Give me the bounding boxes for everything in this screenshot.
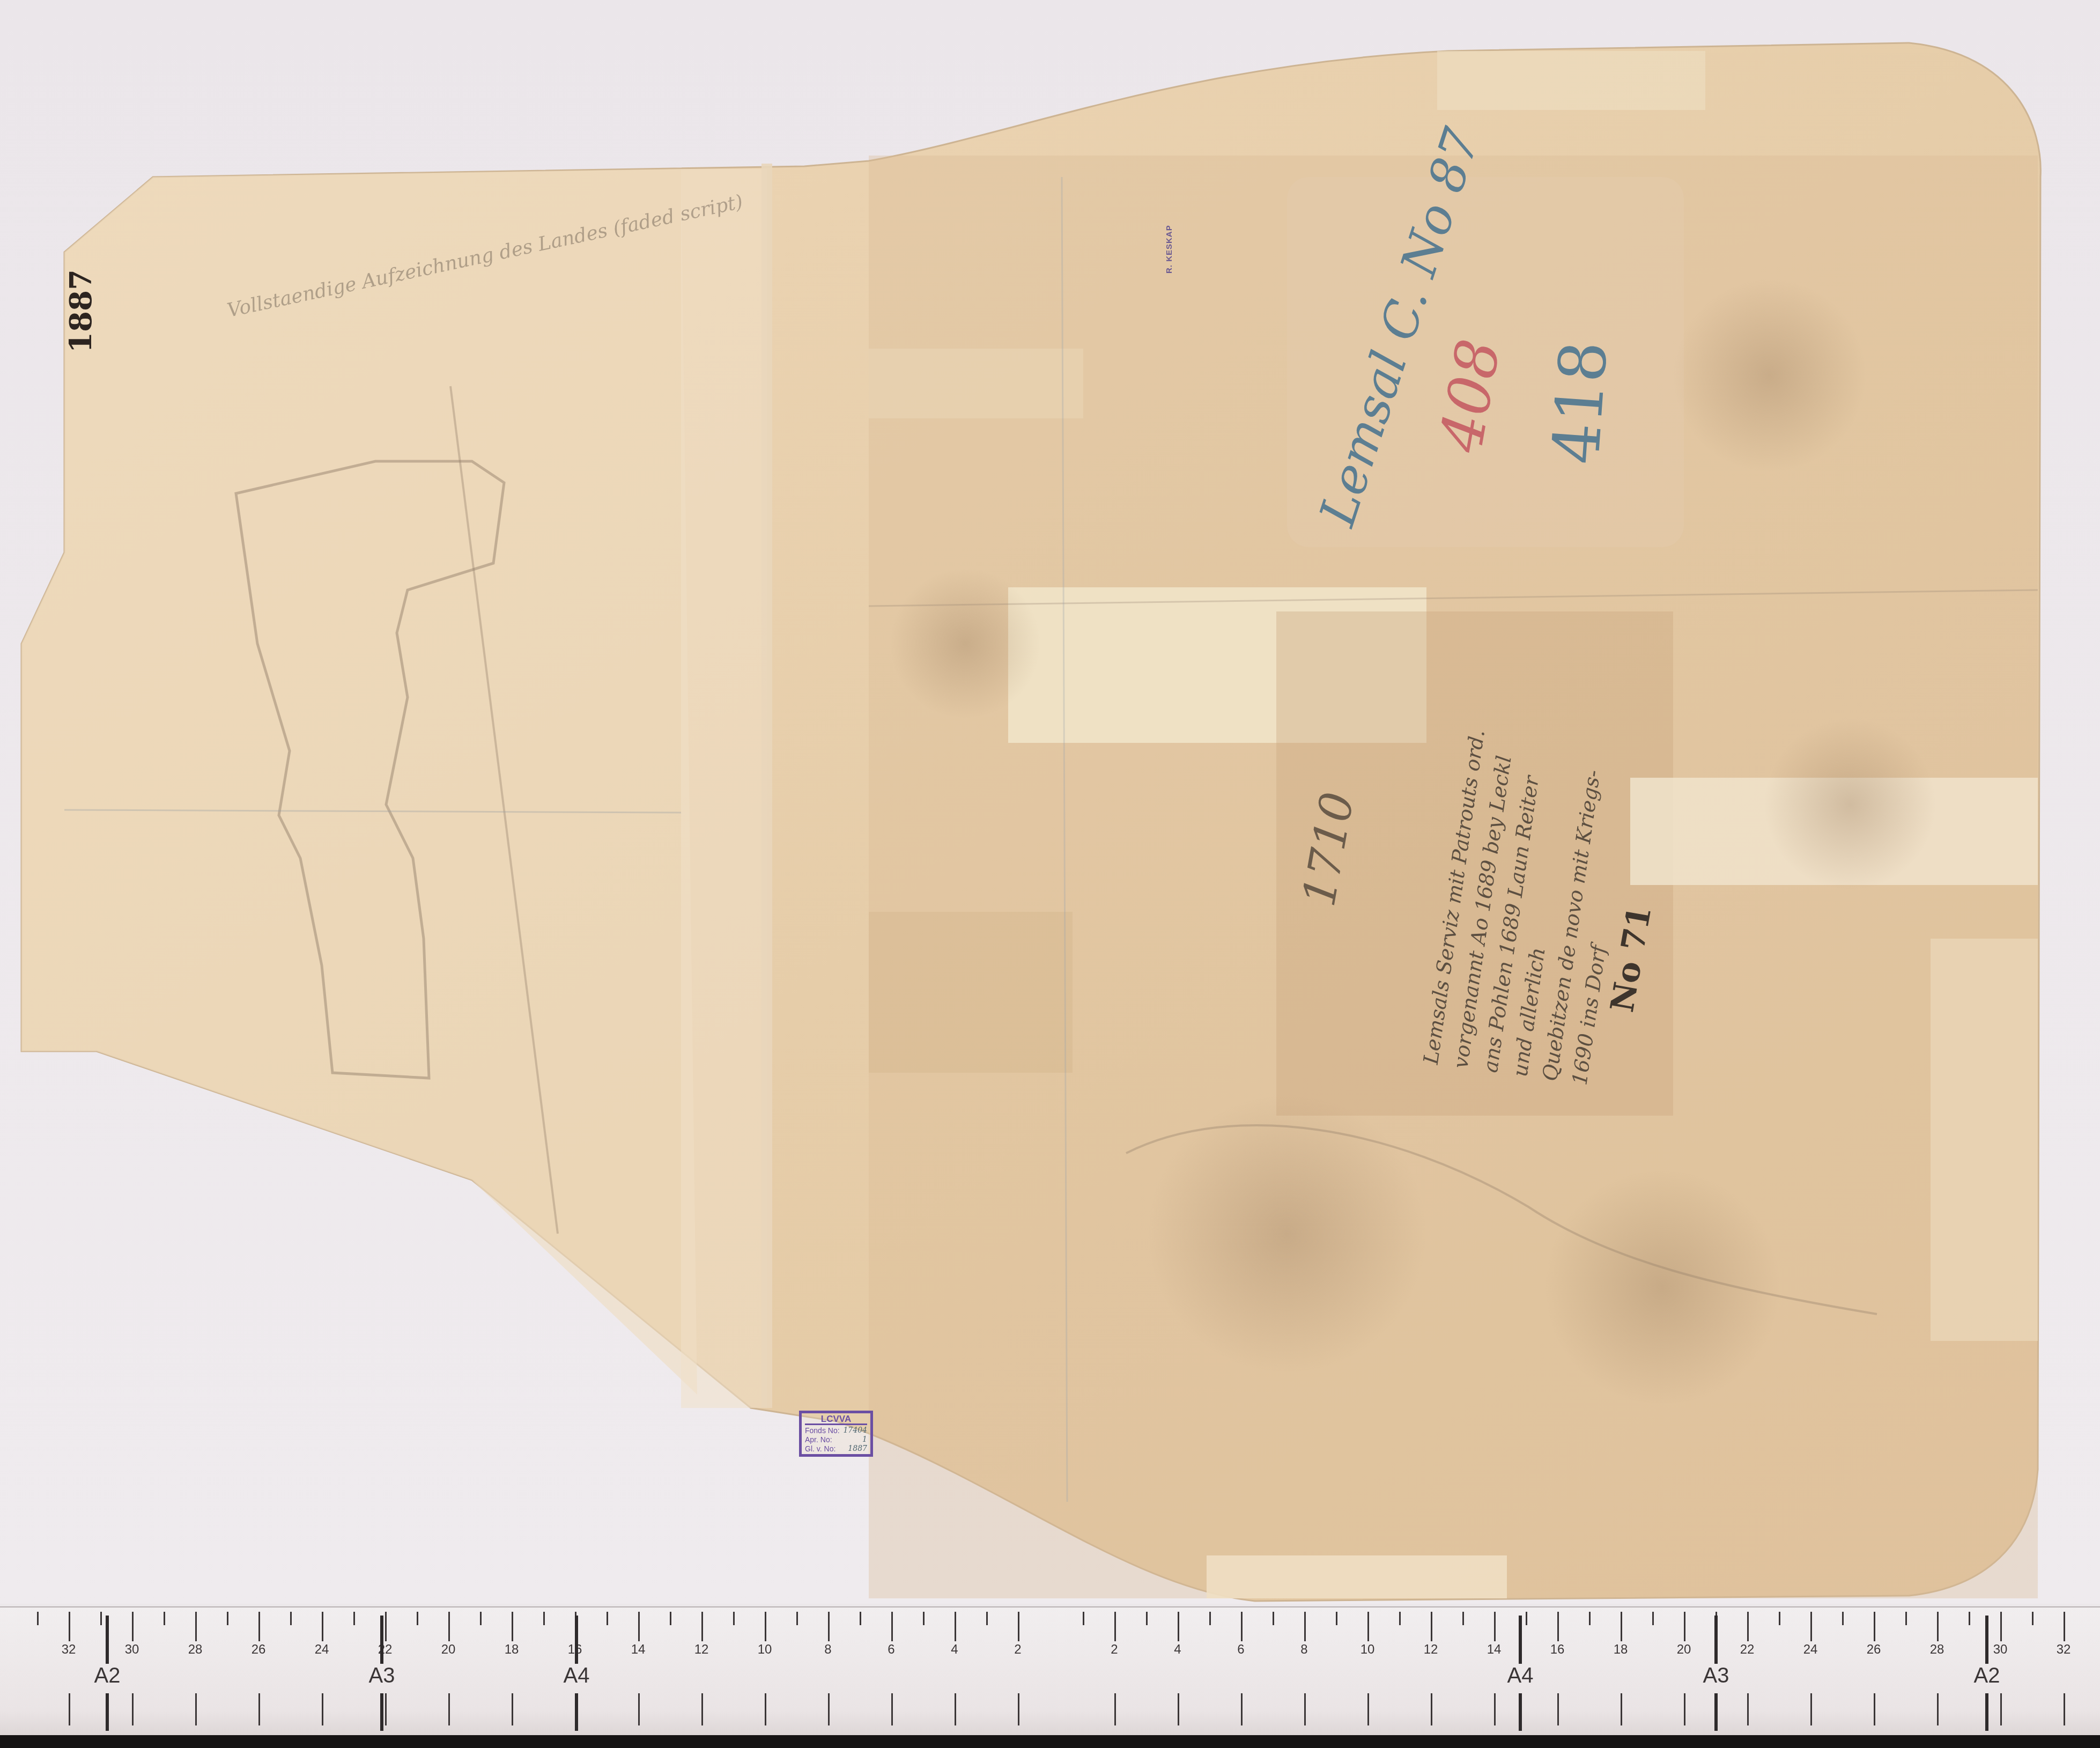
ruler-tick	[1684, 1612, 1685, 1641]
ruler-tick	[543, 1612, 545, 1625]
ruler-tick	[607, 1612, 608, 1625]
ruler-tick	[195, 1693, 197, 1725]
ruler-tick	[986, 1612, 988, 1625]
ruler-tick	[1621, 1693, 1622, 1725]
ruler-tick	[1494, 1612, 1496, 1641]
ruler-tick	[796, 1612, 798, 1625]
ruler-number-left: 12	[694, 1642, 709, 1657]
paper-format-label: A4	[564, 1664, 590, 1688]
stamp-item-value: 1887	[848, 1444, 867, 1454]
ruler-tick	[923, 1612, 925, 1625]
ruler-tick	[891, 1612, 893, 1641]
blue-pencil-number: 418	[1539, 339, 1622, 467]
ruler-tick	[670, 1612, 671, 1625]
ruler-tick	[1209, 1612, 1211, 1625]
ruler-tick	[955, 1693, 956, 1725]
ruler-tick	[955, 1612, 956, 1641]
ruler-tick	[1779, 1612, 1780, 1625]
scale-ruler: 3230282624222018161412108642246810121416…	[0, 1606, 2100, 1736]
map-sheet	[0, 0, 2100, 1748]
ruler-number-left: 28	[188, 1642, 203, 1657]
ruler-tick	[258, 1612, 260, 1641]
ruler-tick	[1462, 1612, 1464, 1625]
vertical-stamp: R. KESKAP	[1165, 225, 1174, 274]
stamp-fonds-row: Fonds No: 17404	[805, 1426, 867, 1435]
ruler-tick	[1557, 1693, 1559, 1725]
ruler-tick	[290, 1612, 292, 1625]
stamp-fonds-value: 17404	[843, 1426, 867, 1435]
ruler-tick	[1241, 1612, 1243, 1641]
paper-format-line	[1519, 1693, 1522, 1731]
paper-format-line	[1714, 1616, 1718, 1664]
paper-format-line	[106, 1693, 109, 1731]
ruler-tick	[1273, 1612, 1274, 1625]
ruler-number-right: 30	[1993, 1642, 2008, 1657]
stamp-item-row: Gl. v. No: 1887	[805, 1444, 867, 1454]
ruler-tick	[1241, 1693, 1243, 1725]
ruler-tick	[1399, 1612, 1401, 1625]
ruler-number-right: 6	[1237, 1642, 1244, 1657]
ruler-tick	[1937, 1612, 1939, 1641]
ruler-tick	[448, 1612, 450, 1641]
ruler-tick	[100, 1612, 102, 1625]
ruler-number-left: 14	[631, 1642, 646, 1657]
ruler-number-left: 4	[951, 1642, 958, 1657]
ruler-tick	[258, 1693, 260, 1725]
paper-format-line	[1714, 1693, 1718, 1731]
ruler-number-left: 26	[252, 1642, 266, 1657]
ruler-tick	[132, 1612, 134, 1641]
ruler-tick	[353, 1612, 355, 1625]
ruler-tick	[385, 1693, 387, 1725]
ruler-tick	[2000, 1612, 2002, 1641]
ruler-number-right: 2	[1111, 1642, 1118, 1657]
ruler-tick	[1747, 1612, 1749, 1641]
ruler-number-right: 14	[1487, 1642, 1502, 1657]
ruler-number-right: 16	[1550, 1642, 1565, 1657]
ruler-tick	[638, 1693, 640, 1725]
ruler-tick	[1905, 1612, 1907, 1625]
ruler-tick	[1146, 1612, 1148, 1625]
ruler-tick	[1336, 1612, 1337, 1625]
ruler-tick	[733, 1612, 735, 1625]
ruler-tick	[1304, 1693, 1306, 1725]
ruler-tick	[1810, 1693, 1812, 1725]
ruler-tick	[1431, 1612, 1432, 1641]
ruler-tick	[1367, 1612, 1369, 1641]
ruler-tick	[891, 1693, 893, 1725]
ruler-number-right: 18	[1614, 1642, 1628, 1657]
archive-stamp: LCVVA Fonds No: 17404 Apr. No: 1 Gl. v. …	[799, 1411, 873, 1457]
map-sheet-shape	[0, 0, 2100, 1748]
ruler-tick	[1874, 1693, 1875, 1725]
paper-format-label: A2	[94, 1664, 121, 1688]
ruler-number-right: 8	[1300, 1642, 1307, 1657]
ruler-number-right: 26	[1867, 1642, 1881, 1657]
stamp-apr-label: Apr. No:	[805, 1435, 832, 1444]
ruler-tick	[480, 1612, 482, 1625]
ruler-number-right: 28	[1930, 1642, 1944, 1657]
paper-format-line	[1985, 1616, 1988, 1664]
ruler-tick	[448, 1693, 450, 1725]
paper-format-line	[1985, 1693, 1988, 1731]
paper-format-label: A2	[1974, 1664, 2000, 1688]
ruler-tick	[164, 1612, 165, 1625]
ruler-number-left: 24	[315, 1642, 329, 1657]
ruler-tick	[701, 1693, 703, 1725]
ruler-tick	[2000, 1693, 2002, 1725]
ruler-tick	[701, 1612, 703, 1641]
ruler-number-left: 8	[824, 1642, 831, 1657]
paper-format-label: A4	[1507, 1664, 1534, 1688]
ruler-number-right: 32	[2057, 1642, 2071, 1657]
ruler-tick	[1431, 1693, 1432, 1725]
ruler-tick	[1810, 1612, 1812, 1641]
ruler-tick	[1969, 1612, 1970, 1625]
ruler-tick	[1589, 1612, 1591, 1625]
ruler-number-left: 2	[1014, 1642, 1021, 1657]
ruler-tick	[1652, 1612, 1654, 1625]
paper-format-line	[575, 1693, 578, 1731]
ruler-tick	[1178, 1612, 1179, 1641]
ruler-tick	[860, 1612, 861, 1625]
ruler-number-left: 30	[125, 1642, 139, 1657]
ruler-tick	[1557, 1612, 1559, 1641]
inventory-number: 1887	[63, 269, 99, 353]
ruler-tick	[37, 1612, 39, 1625]
paper-format-line	[106, 1616, 109, 1664]
ruler-tick	[195, 1612, 197, 1641]
ruler-tick	[1178, 1693, 1179, 1725]
ruler-tick	[765, 1693, 766, 1725]
paper-format-line	[380, 1693, 383, 1731]
ruler-tick	[322, 1693, 323, 1725]
ruler-tick	[1114, 1612, 1116, 1641]
ruler-tick	[1114, 1693, 1116, 1725]
ruler-number-left: 6	[888, 1642, 894, 1657]
ruler-tick	[1526, 1612, 1527, 1625]
ruler-tick	[2064, 1612, 2065, 1641]
ruler-tick	[132, 1693, 134, 1725]
stamp-title: LCVVA	[805, 1414, 867, 1425]
ruler-tick	[1937, 1693, 1939, 1725]
ruler-number-left: 10	[758, 1642, 772, 1657]
ruler-tick	[1367, 1693, 1369, 1725]
ruler-tick	[1747, 1693, 1749, 1725]
ruler-number-right: 10	[1360, 1642, 1375, 1657]
stamp-item-label: Gl. v. No:	[805, 1444, 835, 1454]
ruler-number-left: 32	[62, 1642, 76, 1657]
ruler-tick	[828, 1693, 830, 1725]
ruler-tick	[417, 1612, 418, 1625]
stamp-apr-row: Apr. No: 1	[805, 1435, 867, 1444]
ruler-tick	[69, 1693, 70, 1725]
ruler-number-left: 18	[505, 1642, 519, 1657]
stamp-apr-value: 1	[862, 1435, 867, 1444]
ruler-tick	[69, 1612, 70, 1641]
ruler-number-right: 24	[1803, 1642, 1818, 1657]
ruler-tick	[385, 1612, 387, 1641]
ruler-tick	[1621, 1612, 1622, 1641]
paper-format-label: A3	[1703, 1664, 1729, 1688]
paper-format-label: A3	[369, 1664, 395, 1688]
ruler-number-right: 4	[1174, 1642, 1181, 1657]
ruler-number-right: 22	[1740, 1642, 1755, 1657]
ruler-tick	[1874, 1612, 1875, 1641]
ruler-tick	[1842, 1612, 1844, 1625]
ruler-tick	[765, 1612, 766, 1641]
ruler-tick	[227, 1612, 228, 1625]
ruler-tick	[638, 1612, 640, 1641]
ruler-number-left: 20	[441, 1642, 456, 1657]
stamp-fonds-label: Fonds No:	[805, 1426, 840, 1435]
ruler-number-right: 12	[1424, 1642, 1438, 1657]
ruler-tick	[322, 1612, 323, 1641]
paper-format-line	[1519, 1616, 1522, 1664]
ruler-tick	[1018, 1612, 1019, 1641]
ruler-tick	[2064, 1693, 2065, 1725]
ruler-tick	[1304, 1612, 1306, 1641]
ruler-tick	[2032, 1612, 2034, 1625]
paper-format-line	[380, 1616, 383, 1664]
ruler-tick	[1494, 1693, 1496, 1725]
paper-format-line	[575, 1616, 578, 1664]
scan-edge	[0, 1735, 2100, 1748]
ruler-tick	[828, 1612, 830, 1641]
ruler-tick	[512, 1693, 513, 1725]
ruler-tick	[1684, 1693, 1685, 1725]
ruler-tick	[1083, 1612, 1084, 1625]
ruler-number-right: 20	[1677, 1642, 1691, 1657]
ruler-tick	[1018, 1693, 1019, 1725]
ruler-tick	[512, 1612, 513, 1641]
